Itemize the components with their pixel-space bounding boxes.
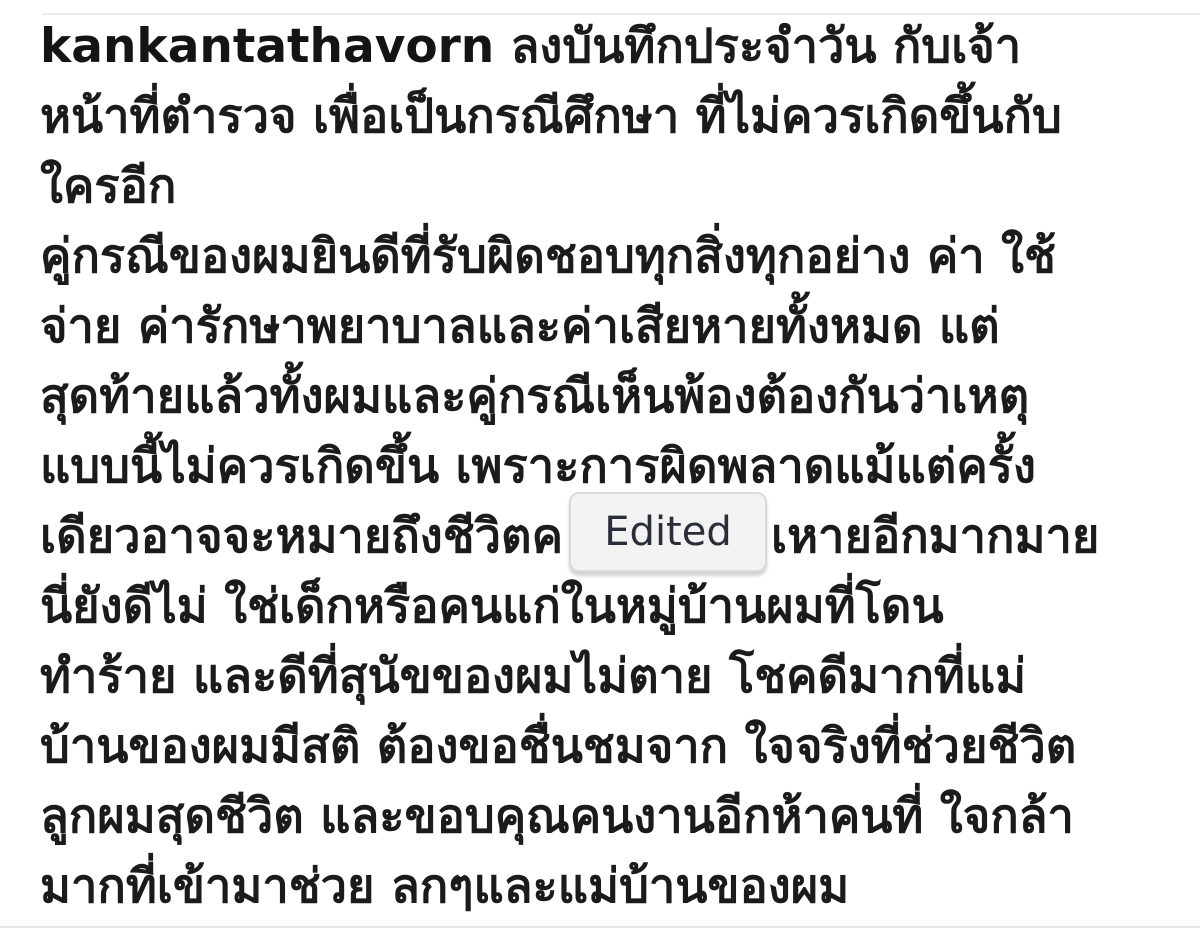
edited-tooltip-badge[interactable]: Edited <box>569 492 767 572</box>
caption-line-9: นี่ยังดีไม่ ใช่เด็กหรือคนแก่ในหมู่บ้านผม… <box>40 572 1190 642</box>
caption-line-10: ทำร้าย และดีที่สุนัขของผมไม่ตาย โชคดีมาก… <box>40 642 1190 712</box>
caption-line-1: kankantathavorn ลงบันทึกประจำวัน กับเจ้า <box>40 12 1190 82</box>
caption-line-3: ใครอีก <box>40 152 1190 222</box>
caption-line-8-after: เหายอีกมากมาย <box>771 509 1099 564</box>
caption-line-8-before: เดียวอาจจะหมายถึงชีวิตค <box>40 509 563 564</box>
username[interactable]: kankantathavorn <box>40 19 494 74</box>
post-screenshot: kankantathavorn ลงบันทึกประจำวัน กับเจ้า… <box>0 0 1200 941</box>
caption-text-block: kankantathavorn ลงบันทึกประจำวัน กับเจ้า… <box>40 12 1190 922</box>
caption-line-6: สุดท้ายแล้วทั้งผมและคู่กรณีเห็นพ้องต้องก… <box>40 362 1190 432</box>
caption-line-4: คู่กรณีของผมยินดีที่รับผิดชอบทุกสิ่งทุกอ… <box>40 222 1190 292</box>
caption-line-2: หน้าที่ตำรวจ เพื่อเป็นกรณีศึกษา ที่ไม่คว… <box>40 82 1190 152</box>
caption-line-12: ลูกผมสุดชีวิต และขอบคุณคนงานอีกห้าคนที่ … <box>40 782 1190 852</box>
bottom-mask <box>0 928 1200 941</box>
bottom-divider <box>0 926 1200 928</box>
caption-line-8: เดียวอาจจะหมายถึงชีวิตคEditedเหายอีกมากม… <box>40 502 1190 572</box>
caption-line-5: จ่าย ค่ารักษาพยาบาลและค่าเสียหายทั้งหมด … <box>40 292 1190 362</box>
caption-line-13: มากที่เข้ามาช่วย ลกๆและแม่บ้านของผม <box>40 852 1190 922</box>
caption-line-11: บ้านของผมมีสติ ต้องขอชื่นชมจาก ใจจริงที่… <box>40 712 1190 782</box>
caption-line-1-text: ลงบันทึกประจำวัน กับเจ้า <box>494 19 1021 74</box>
